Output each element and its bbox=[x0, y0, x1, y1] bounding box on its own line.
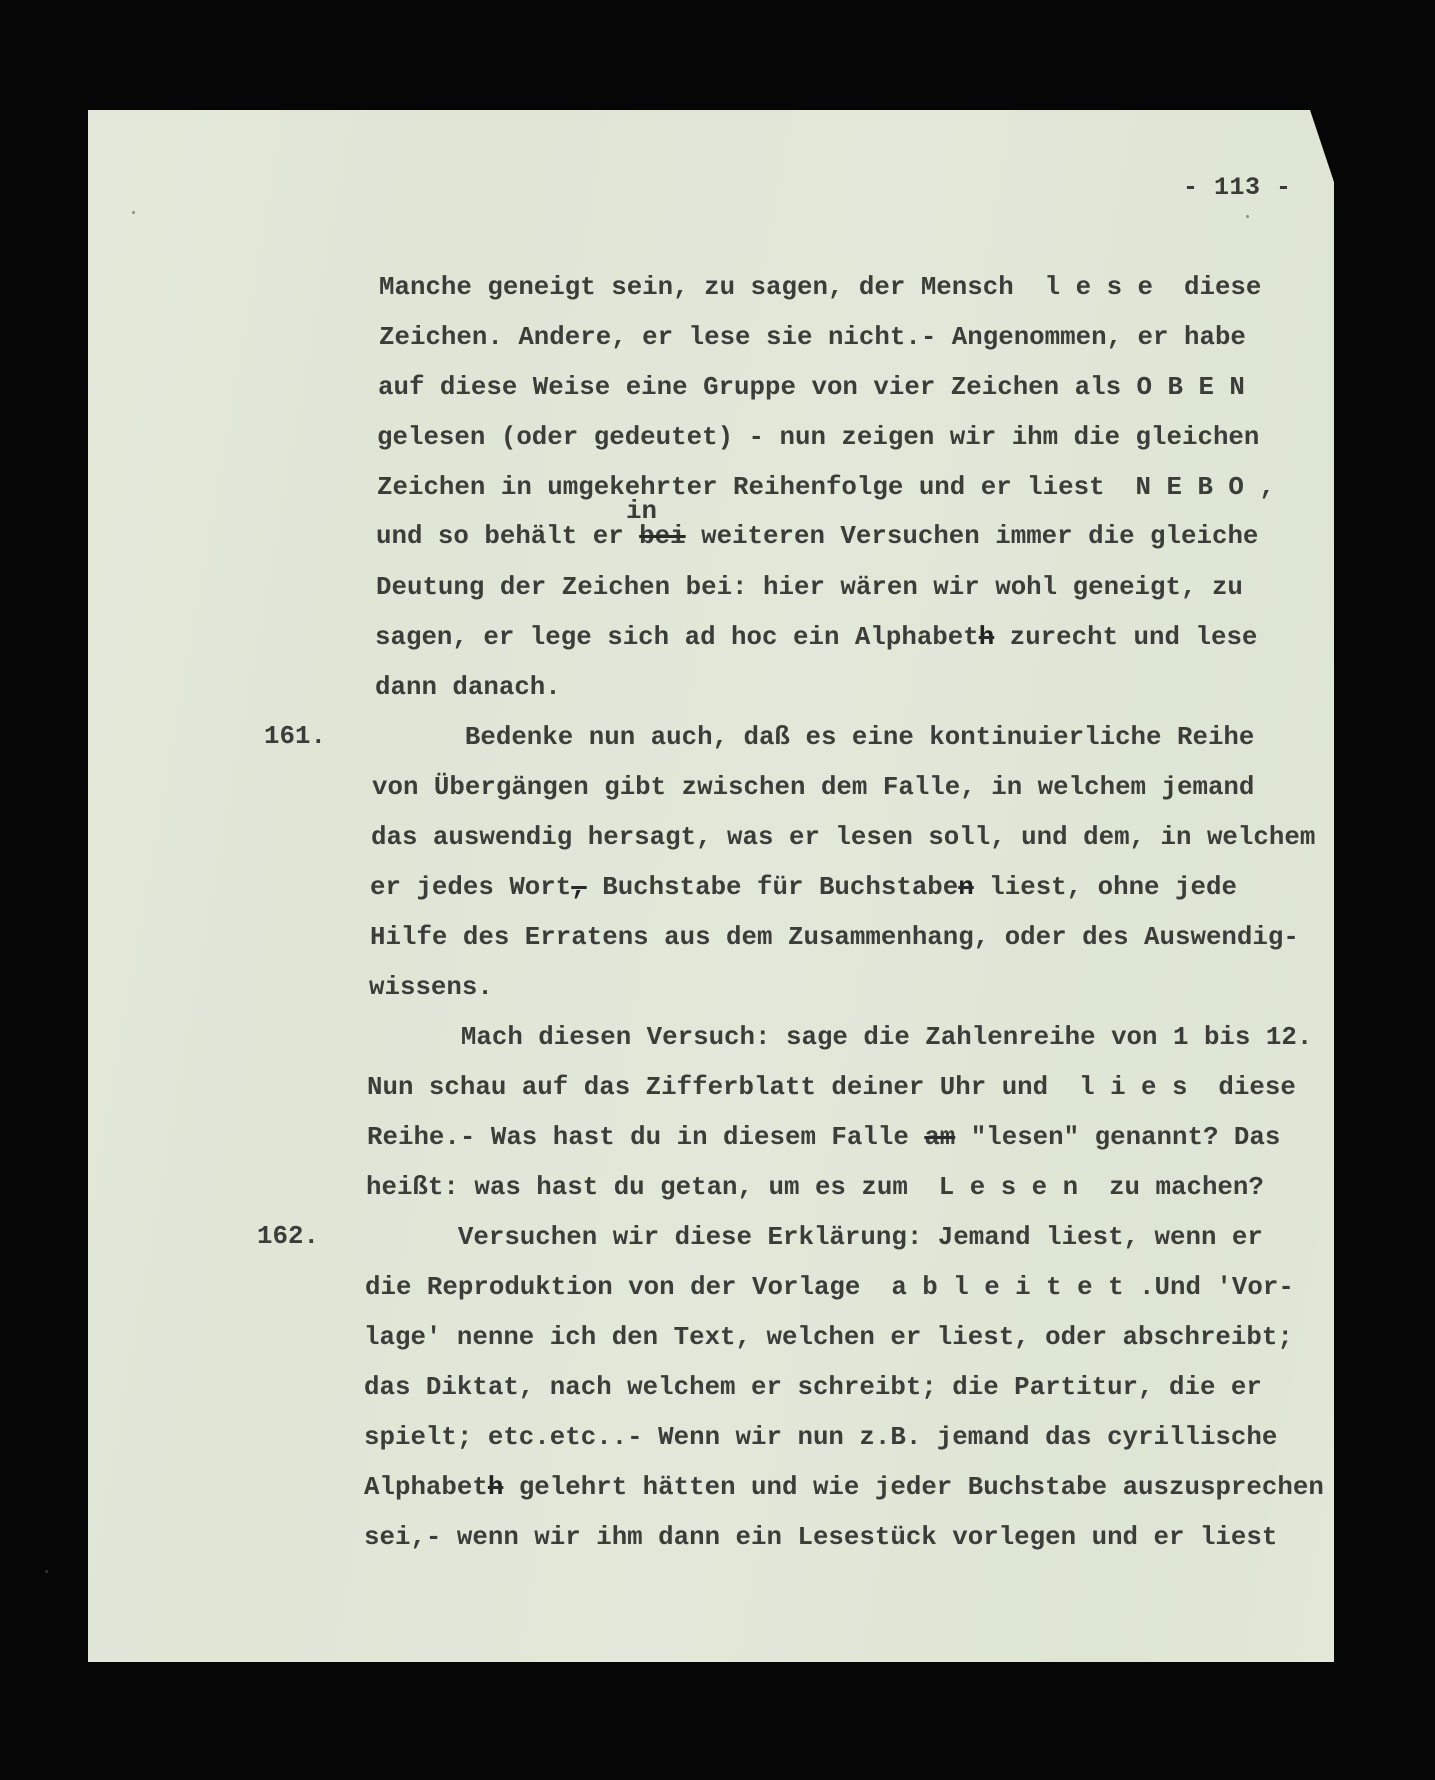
text-line-23: das Diktat, nach welchem er schreibt; di… bbox=[364, 1373, 1262, 1403]
line-text: weiteren Versuchen immer die gleiche bbox=[686, 522, 1259, 551]
text-line-26: sei,- wenn wir ihm dann ein Lesestück vo… bbox=[364, 1523, 1277, 1553]
text-line-12: das auswendig hersagt, was er lesen soll… bbox=[371, 823, 1315, 853]
text-line-17: Nun schau auf das Zifferblatt deiner Uhr… bbox=[367, 1073, 1296, 1103]
paper-speck bbox=[132, 211, 135, 214]
page-number: - 113 - bbox=[1183, 173, 1292, 202]
line-text: gelehrt hätten und wie jeder Buchstabe a… bbox=[503, 1473, 1323, 1502]
text-line-8: sagen, er lege sich ad hoc ein Alphabeth… bbox=[375, 623, 1257, 653]
paper-speck bbox=[1246, 215, 1249, 218]
text-line-20: Versuchen wir diese Erklärung: Jemand li… bbox=[365, 1223, 1263, 1253]
text-line-4: gelesen (oder gedeutet) - nun zeigen wir… bbox=[377, 423, 1259, 453]
text-line-2: Zeichen. Andere, er lese sie nicht.- Ang… bbox=[379, 323, 1246, 353]
paragraph-number-161: 161. bbox=[264, 722, 326, 752]
text-line-13: er jedes Wort, Buchstabe für Buchstaben … bbox=[370, 873, 1237, 903]
line-text: Reihe.- Was hast du in diesem Falle bbox=[367, 1123, 924, 1152]
text-line-5: Zeichen in umgekehrter Reihenfolge und e… bbox=[377, 473, 1275, 503]
line-text: liest, ohne jede bbox=[974, 873, 1237, 902]
line-text: und so behält er bbox=[376, 522, 639, 551]
text-line-1: Manche geneigt sein, zu sagen, der Mensc… bbox=[379, 273, 1261, 303]
line-text: zurecht und lese bbox=[994, 623, 1257, 652]
text-line-25: Alphabeth gelehrt hätten und wie jeder B… bbox=[364, 1473, 1324, 1503]
paper-speck bbox=[45, 1570, 48, 1573]
text-line-18: Reihe.- Was hast du in diesem Falle am "… bbox=[367, 1123, 1280, 1153]
struck-text: h bbox=[979, 623, 994, 652]
line-text: "lesen" genannt? Das bbox=[955, 1123, 1280, 1152]
text-line-7: Deutung der Zeichen bei: hier wären wir … bbox=[376, 573, 1243, 603]
text-line-16: Mach diesen Versuch: sage die Zahlenreih… bbox=[368, 1023, 1312, 1053]
text-line-15: wissens. bbox=[369, 973, 493, 1003]
struck-text: bei bbox=[639, 522, 685, 551]
text-line-14: Hilfe des Erratens aus dem Zusammenhang,… bbox=[370, 923, 1299, 953]
text-line-6: und so behält er bei weiteren Versuchen … bbox=[376, 522, 1258, 552]
text-line-3: auf diese Weise eine Gruppe von vier Zei… bbox=[378, 373, 1245, 403]
struck-text: , bbox=[571, 873, 586, 902]
struck-text: h bbox=[488, 1473, 503, 1502]
line-text: er jedes Wort bbox=[370, 873, 571, 902]
text-line-22: lage' nenne ich den Text, welchen er lie… bbox=[364, 1323, 1293, 1353]
text-line-21: die Reproduktion von der Vorlage a b l e… bbox=[365, 1273, 1294, 1303]
line-text: Buchstabe für Buchstabe bbox=[587, 873, 959, 902]
text-line-9: dann danach. bbox=[375, 673, 561, 703]
text-line-11: von Übergängen gibt zwischen dem Falle, … bbox=[372, 773, 1254, 803]
line-text: sagen, er lege sich ad hoc ein Alphabet bbox=[375, 623, 979, 652]
text-line-19: heißt: was hast du getan, um es zum L e … bbox=[366, 1173, 1264, 1203]
text-line-10: Bedenke nun auch, daß es eine kontinuier… bbox=[372, 723, 1254, 753]
line-text: Alphabet bbox=[364, 1473, 488, 1502]
paragraph-number-162: 162. bbox=[257, 1222, 319, 1252]
struck-text: am bbox=[924, 1123, 955, 1152]
text-line-24: spielt; etc.etc..- Wenn wir nun z.B. jem… bbox=[364, 1423, 1277, 1453]
struck-text: n bbox=[958, 873, 973, 902]
